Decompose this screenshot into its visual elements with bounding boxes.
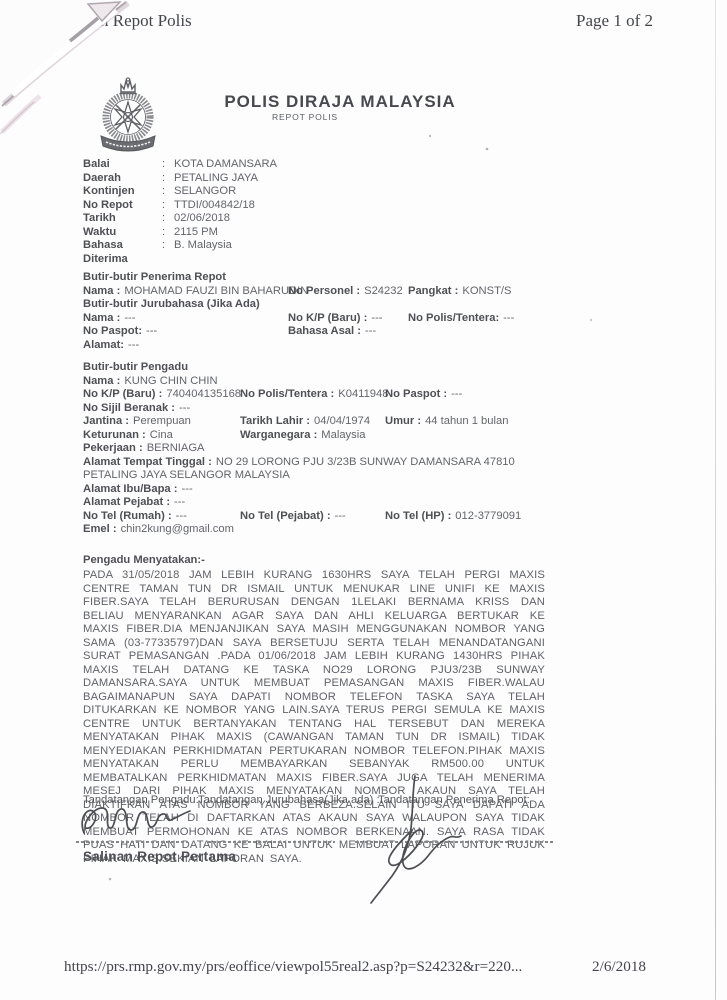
field-pengadu-paspot: No Paspot :--- bbox=[385, 388, 545, 402]
station-info-block: Balai : KOTA DAMANSARA Daerah : PETALING… bbox=[83, 158, 545, 266]
field-pengadu-tel-pejabat: No Tel (Pejabat) :--- bbox=[240, 510, 385, 524]
field-jurubahasa-kp: No K/P (Baru) :--- bbox=[288, 312, 385, 326]
info-row-kontinjen: Kontinjen : SELANGOR bbox=[83, 185, 545, 199]
scan-speck bbox=[109, 878, 112, 881]
jurubahasa-row-1: Nama :--- No K/P (Baru) :--- No Polis/Te… bbox=[83, 312, 545, 326]
field-penerima-no-personel: No Personel :S24232 bbox=[288, 285, 408, 299]
report-subtitle: REPOT POLIS bbox=[205, 112, 405, 122]
pengadu-row-alamat-pejabat: Alamat Pejabat :--- bbox=[83, 496, 545, 510]
scan-speck bbox=[590, 319, 592, 321]
colon: : bbox=[162, 199, 174, 213]
scan-speck bbox=[429, 135, 431, 137]
pengadu-row-emel: Emel :chin2kung@gmail.com bbox=[83, 523, 545, 537]
copy-note: Salinan Repot Pertama bbox=[83, 849, 236, 864]
statement-heading: Pengadu Menyatakan:- bbox=[83, 554, 545, 568]
field-jurubahasa-nama: Nama :--- bbox=[83, 312, 240, 326]
pengadu-row-id: No K/P (Baru) :740404135168 No Polis/Ten… bbox=[83, 388, 545, 402]
field-penerima-nama: Nama :MOHAMAD FAUZI BIN BAHARUDIN bbox=[83, 285, 288, 299]
colon: : bbox=[162, 158, 174, 172]
pengadu-row-telefon: No Tel (Rumah) :--- No Tel (Pejabat) :--… bbox=[83, 510, 545, 524]
signature-line-pengadu bbox=[76, 841, 188, 843]
empty-cell bbox=[385, 429, 545, 443]
field-pengadu-tel-rumah: No Tel (Rumah) :--- bbox=[83, 510, 240, 524]
pengadu-row-pekerjaan: Pekerjaan :BERNIAGA bbox=[83, 442, 545, 456]
pengadu-row-alamat-tinggal: Alamat Tempat Tinggal :NO 29 LORONG PJU … bbox=[83, 456, 545, 483]
field-jurubahasa-paspot: No Paspot:--- bbox=[83, 325, 240, 339]
signature-line-jurubahasa bbox=[208, 841, 335, 843]
field-pengadu-jantina: Jantina :Perempuan bbox=[83, 415, 240, 429]
colon: : bbox=[162, 172, 174, 186]
jurubahasa-row-2: No Paspot:--- Bahasa Asal :--- bbox=[83, 325, 545, 339]
jurubahasa-row-3: Alamat:--- bbox=[83, 339, 545, 353]
field-pengadu-kp: No K/P (Baru) :740404135168 bbox=[83, 388, 240, 402]
scan-edge-line-right bbox=[715, 0, 716, 1000]
signature-label-penerima: Tandatangan Penerima Repot: bbox=[378, 794, 530, 806]
info-row-waktu: Waktu : 2115 PM bbox=[83, 226, 545, 240]
field-pengadu-polis: No Polis/Tentera :K0411948 bbox=[240, 388, 385, 402]
section-heading-penerima: Butir-butir Penerima Repot bbox=[83, 271, 545, 285]
scanned-police-report-page: nan Repot Polis Page 1 of 2 POLIS DIRAJA… bbox=[0, 0, 727, 1000]
colon: : bbox=[162, 212, 174, 226]
signature-line-penerima bbox=[355, 841, 555, 843]
section-heading-pengadu: Butir-butir Pengadu bbox=[83, 361, 545, 375]
empty-cell bbox=[385, 325, 545, 339]
pengadu-row-alamat-ibubapa: Alamat Ibu/Bapa :--- bbox=[83, 483, 545, 497]
info-row-bahasa-diterima: Bahasa Diterima : B. Malaysia bbox=[83, 239, 545, 266]
pengadu-row-jantina: Jantina :Perempuan Tarikh Lahir :04/04/1… bbox=[83, 415, 545, 429]
info-row-tarikh: Tarikh : 02/06/2018 bbox=[83, 212, 545, 226]
print-footer-url: https://prs.rmp.gov.my/prs/eoffice/viewp… bbox=[64, 958, 522, 976]
info-row-daerah: Daerah : PETALING JAYA bbox=[83, 172, 545, 186]
info-row-balai: Balai : KOTA DAMANSARA bbox=[83, 158, 545, 172]
colon: : bbox=[162, 239, 174, 266]
field-pengadu-umur: Umur :44 tahun 1 bulan bbox=[385, 415, 545, 429]
pengadu-row-keturunan: Keturunan :Cina Warganegara :Malaysia bbox=[83, 429, 545, 443]
pengadu-row-nama: Nama :KUNG CHIN CHIN bbox=[83, 375, 545, 389]
field-pengadu-warganegara: Warganegara :Malaysia bbox=[240, 429, 385, 443]
signature-label-pengadu: Tandatangan Pengadu: bbox=[83, 794, 199, 806]
field-jurubahasa-bahasa-asal: Bahasa Asal :--- bbox=[288, 325, 385, 339]
print-footer-date: 2/6/2018 bbox=[592, 958, 646, 976]
pengadu-row-sijil: No Sijil Beranak :--- bbox=[83, 402, 545, 416]
police-crest-logo bbox=[95, 76, 161, 154]
print-header-page-number: Page 1 of 2 bbox=[576, 11, 653, 31]
report-title: POLIS DIRAJA MALAYSIA bbox=[205, 92, 475, 112]
field-jurubahasa-polis: No Polis/Tentera:--- bbox=[408, 312, 545, 326]
penerima-row: Nama :MOHAMAD FAUZI BIN BAHARUDIN No Per… bbox=[83, 285, 545, 299]
info-row-no-repot: No Repot : TTDI/004842/18 bbox=[83, 199, 545, 213]
colon: : bbox=[162, 185, 174, 199]
field-penerima-pangkat: Pangkat :KONST/S bbox=[408, 285, 545, 299]
field-pengadu-tel-hp: No Tel (HP) :012-3779091 bbox=[385, 510, 545, 524]
signature-label-jurubahasa: Tandatangan Jurubahasa(Jika ada) : bbox=[198, 794, 380, 806]
statement-text: PADA 31/05/2018 JAM LEBIH KURANG 1630HRS… bbox=[83, 569, 545, 866]
section-heading-jurubahasa: Butir-butir Jurubahasa (Jika Ada) bbox=[83, 298, 545, 312]
colon: : bbox=[162, 226, 174, 240]
field-pengadu-tarikh-lahir: Tarikh Lahir :04/04/1974 bbox=[240, 415, 385, 429]
scan-speck bbox=[486, 148, 489, 151]
field-pengadu-keturunan: Keturunan :Cina bbox=[83, 429, 240, 443]
report-body: Balai : KOTA DAMANSARA Daerah : PETALING… bbox=[83, 158, 545, 866]
